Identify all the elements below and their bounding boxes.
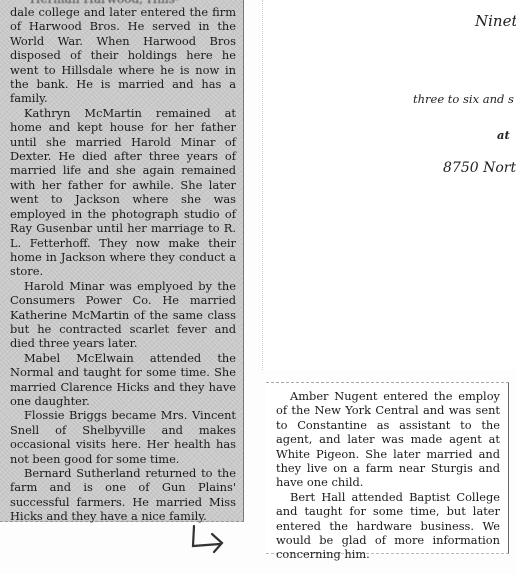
paragraph-flossie-briggs: Flossie Briggs became Mrs. Vincent Snell… (10, 408, 236, 466)
paragraph-bert-hall: Bert Hall attended Baptist College and t… (276, 490, 500, 562)
handwritten-turn-arrow-icon (190, 524, 230, 554)
newspaper-clipping-right: Amber Nugent entered the employ of the N… (266, 382, 509, 554)
paragraph-mabel-mcelwain: Mabel McElwain attended the Normal and t… (10, 351, 236, 409)
paragraph-bernard-sutherland: Bernard Sutherland returned to the farm … (10, 466, 236, 524)
paragraph-harwood: dale college and later entered the firm … (10, 5, 236, 106)
invitation-card-fragment: Nineteen h three to six and s at 8750 No… (262, 0, 516, 370)
paragraph-amber-nugent: Amber Nugent entered the employ of the N… (276, 389, 500, 490)
invitation-line-year: Nineteen h (475, 12, 516, 30)
invitation-line-address: 8750 North (443, 160, 516, 176)
clipping-column-left: dale college and later entered the firm … (10, 5, 236, 524)
invitation-line-time: three to six and s (413, 92, 516, 106)
paragraph-kathryn-mcmartin: Kathryn McMartin remained at home and ke… (10, 106, 236, 279)
invitation-line-at: at (497, 128, 516, 142)
paragraph-harold-minar: Harold Minar was emplyoed by the Consume… (10, 279, 236, 351)
clipping-column-right: Amber Nugent entered the employ of the N… (276, 389, 500, 562)
newspaper-clipping-left: Herman Harwood, Hills- dale college and … (0, 0, 244, 522)
